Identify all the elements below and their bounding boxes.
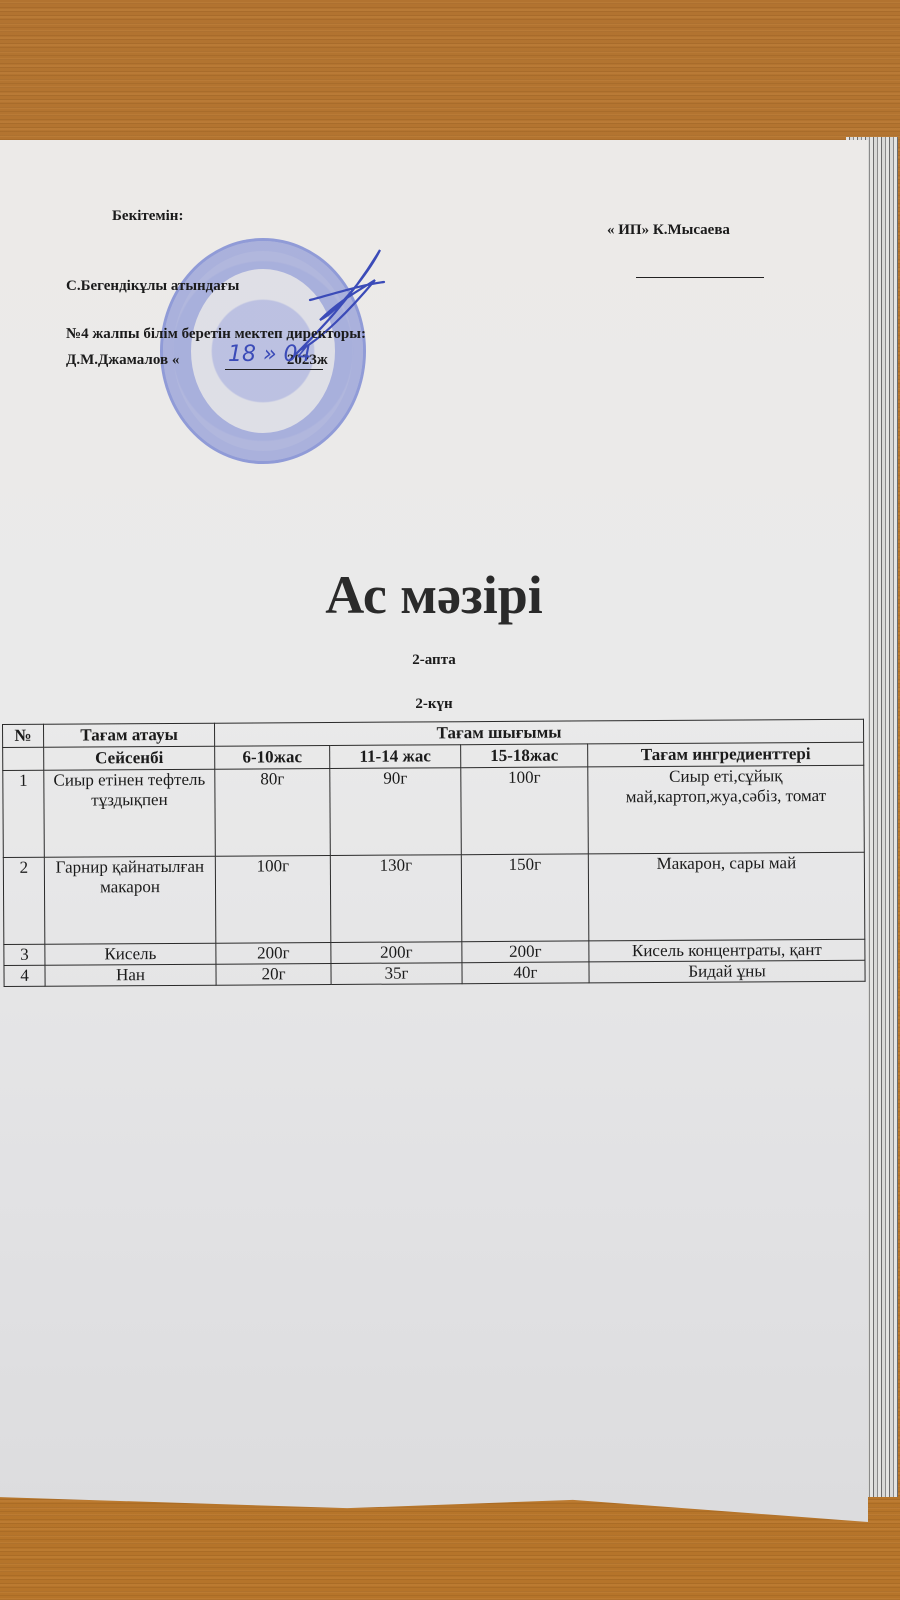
portion-6-10: 20г <box>216 963 331 985</box>
header-number: № <box>3 724 44 747</box>
header-dish-name: Тағам атауы <box>44 723 215 747</box>
supplier-name: « ИП» К.Мысаева <box>607 222 730 239</box>
school-name-line: С.Бегендікұлы атындағы <box>66 278 239 295</box>
header-age-11-14: 11-14 жас <box>330 745 461 769</box>
handwritten-date: 18 » 04 <box>228 342 312 367</box>
header-age-6-10: 6-10жас <box>215 745 330 769</box>
date-underline <box>225 369 323 370</box>
portion-6-10: 80г <box>215 768 331 856</box>
ingredients: Сиыр еті,сұйық май,картоп,жуа,сәбіз, том… <box>588 765 865 854</box>
portion-6-10: 200г <box>216 942 331 964</box>
school-director-line: №4 жалпы білім беретін мектеп директоры: <box>66 326 366 343</box>
portion-11-14: 90г <box>330 768 462 856</box>
portion-6-10: 100г <box>215 855 331 943</box>
supplier-signature-line <box>636 277 764 278</box>
row-number: 4 <box>4 965 45 986</box>
portion-11-14: 35г <box>331 963 462 985</box>
week-label: 2-апта <box>0 652 868 669</box>
menu-table: № Тағам атауы Тағам шығымы Сейсенбі 6-10… <box>2 719 866 987</box>
header-weekday: Сейсенбі <box>44 746 215 770</box>
portion-15-18: 100г <box>461 767 589 855</box>
ingredients: Макарон, сары май <box>588 852 865 941</box>
header-number-empty <box>3 747 44 770</box>
ingredients: Кисель концентраты, қант <box>589 939 865 962</box>
portion-15-18: 150г <box>461 854 589 942</box>
approval-label: Бекітемін: <box>112 208 183 225</box>
header-ingredients: Тағам ингредиенттері <box>588 742 864 767</box>
ingredients: Бидай ұны <box>589 960 865 983</box>
dish-name: Гарнир қайнатылған макарон <box>44 856 216 944</box>
dish-name: Кисель <box>45 943 216 965</box>
table-row: 1 Сиыр етінен тефтель тұздықпен 80г 90г … <box>3 765 865 857</box>
page-title: Ас мәзірі <box>0 564 868 626</box>
header-output-text: Тағам шығымы <box>437 722 562 745</box>
row-number: 3 <box>4 944 45 965</box>
table-row: 2 Гарнир қайнатылған макарон 100г 130г 1… <box>3 852 865 944</box>
dish-name: Нан <box>45 964 216 986</box>
portion-15-18: 200г <box>462 941 589 963</box>
header-age-15-18: 15-18жас <box>461 744 588 768</box>
director-name-text: Д.М.Джамалов « <box>66 352 179 368</box>
row-number: 1 <box>3 770 45 857</box>
day-label: 2-күн <box>0 696 868 713</box>
portion-15-18: 40г <box>462 962 589 984</box>
portion-11-14: 200г <box>331 942 462 964</box>
dish-name: Сиыр етінен тефтель тұздықпен <box>44 769 216 857</box>
portion-11-14: 130г <box>330 855 462 943</box>
row-number: 2 <box>3 857 45 944</box>
